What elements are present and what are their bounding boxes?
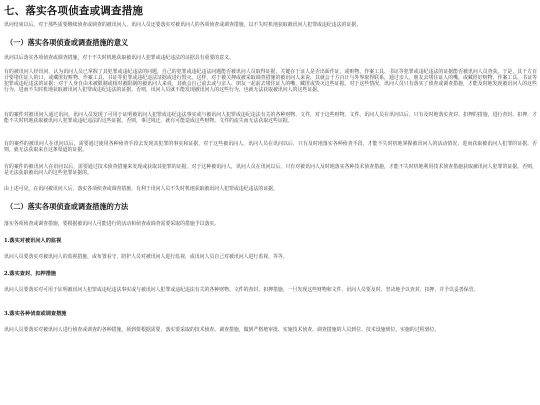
section-1-heading: （一）落实各项侦查或调查措施的意义 xyxy=(6,38,128,48)
section-2-heading: （二）落实各项侦查或调查措施的方法 xyxy=(6,202,128,212)
section-1-paragraph-4: 有的案件的被讯问人在讯问以后，需要通过使用各种侦查手段去发现其犯罪的事实和证据，… xyxy=(4,141,537,153)
section-1-paragraph-1: 讯问以后落实各项侦查或调查措施，对于不失时机地获取被讯问人犯罪或违纪违法的证据具… xyxy=(4,55,537,61)
section-1-paragraph-6: 由上述可见，在讯问被讯问人后，落实各项侦查或调查措施，有利于讯问人员不失时机地获… xyxy=(4,186,537,192)
subsection-2-paragraph: 讯问人员要落实对可用于证明被讯问人犯罪或违纪违法事实或与被讯问人犯罪或违纪违法有… xyxy=(4,287,537,293)
section-1-paragraph-5: 有的案件的被讯问人在讯问以后，需要通过技术侦查措施来发现或获取其犯罪的证据。对于… xyxy=(4,164,537,176)
subsection-2-heading: 2.落实查封、扣押措施 xyxy=(4,270,56,277)
subsection-3-heading: 3.落实各种侦查或调查措施 xyxy=(4,310,66,317)
section-1-paragraph-3: 有的案件对被讯问人通过讯问，讯问人员发现了可用于证明被讯问人犯罪或违纪违法事实或… xyxy=(4,112,537,124)
document-page: 七、落实各项侦查或调查措施 讯问结束以后，对于那些需要继续侦查或调查的被讯问人，… xyxy=(0,0,540,405)
subsection-1-heading: 1.落实对被讯问人的监视 xyxy=(4,237,61,244)
section-1-paragraph-2: 有的被讯问人经讯问，认为讯问人员已掌握了其犯罪或违纪违法的问题，自己的犯罪或违纪… xyxy=(4,69,537,93)
subsection-3-paragraph: 讯问人员要落实对被讯问人进行侦查或调查的各种措施，须到要根据需要，落实要采取的技… xyxy=(4,327,537,333)
subsection-1-paragraph: 讯问人员要落实对被讯问人的监视措施，或布置看守、陪护人员对被讯问人进行监视，或讯… xyxy=(4,254,537,260)
section-2-paragraph-1: 落实各项侦查或调查措施，要根据被讯问人可能进行的活动和侦查或调查需要采取的措施予… xyxy=(4,221,537,227)
intro-paragraph: 讯问结束以后，对于那些需要继续侦查或调查的被讯问人，讯问人员还要落实对被讯问人的… xyxy=(4,22,537,28)
chapter-title: 七、落实各项侦查或调查措施 xyxy=(4,3,143,18)
